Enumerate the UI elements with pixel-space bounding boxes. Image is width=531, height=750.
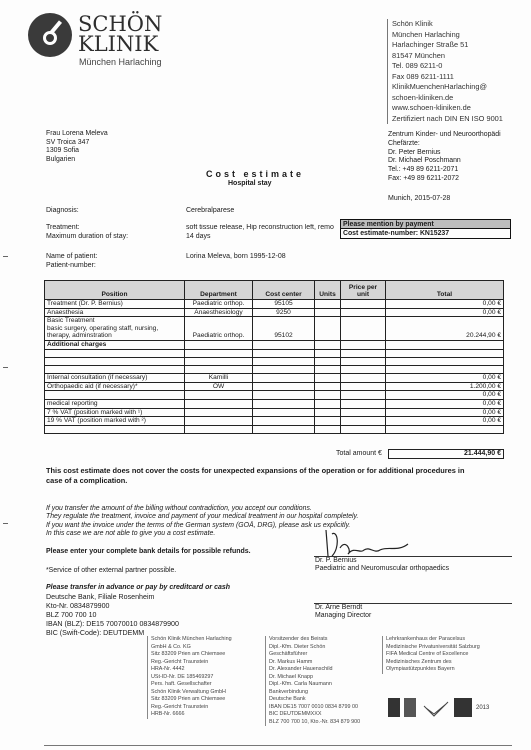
department-line: Dr. Michael Poschmann	[388, 157, 501, 166]
cell-position	[45, 357, 185, 365]
diagnosis-label: Diagnosis:	[46, 207, 79, 216]
terms-line: They regulate the treatment, invoice and…	[46, 513, 376, 521]
cell-cost-center	[253, 357, 315, 365]
column-header: Total	[386, 281, 504, 300]
table-row	[45, 425, 504, 433]
footer-line: BIC DEUTDEMMXXX	[269, 711, 360, 719]
column-header: Units	[315, 281, 341, 300]
cell-position: Anaesthesia	[45, 308, 185, 317]
brand-name-line1: SCHÖN	[78, 14, 162, 34]
cell-cost-center	[253, 382, 315, 391]
recipient-line: Frau Lorena Meleva	[46, 130, 108, 139]
bank-details: Deutsche Bank, Filiale RosenheimKto-Nr. …	[46, 593, 179, 638]
cell-price	[341, 399, 386, 408]
cell-price	[341, 374, 386, 383]
table-row: Internal consultation (if necessary)Kami…	[45, 374, 504, 383]
duration-label: Maximum duration of stay:	[46, 233, 128, 242]
footer-line: Sitz 83209 Prien am Chiemsee	[151, 696, 232, 704]
brand-name-line2: KLINIK	[78, 34, 158, 54]
director-title: Managing Director	[315, 612, 371, 620]
table-row: Orthopaedic aid (if necessary)*OW1.200,0…	[45, 382, 504, 391]
footer-line: Pers. haft. Gesellschafter	[151, 681, 232, 689]
total-amount-label: Total amount €	[336, 450, 382, 457]
cell-department	[185, 399, 253, 408]
badge-icon-2	[404, 698, 416, 717]
table-row: medical reporting0,00 €	[45, 399, 504, 408]
table-row: 7 % VAT (position marked with ¹)0,00 €	[45, 408, 504, 417]
footer-line: Dipl.-Kfm. Dieter Schön	[269, 644, 360, 652]
cell-total: 0,00 €	[386, 300, 504, 309]
cell-position: Additional charges	[45, 340, 185, 349]
footer-line: Bankverbindung	[269, 689, 360, 697]
fold-mark	[3, 256, 8, 257]
duration-value: 14 days	[186, 233, 211, 242]
table-row: 0,00 €	[45, 391, 504, 400]
table-header-row: PositionDepartmentCost centerUnitsPrice …	[45, 281, 504, 300]
bottom-rule	[44, 745, 512, 746]
cell-department	[185, 340, 253, 349]
cell-units	[315, 340, 341, 349]
cell-units	[315, 308, 341, 317]
address-line: Schön Klinik	[392, 19, 503, 30]
cell-price	[341, 357, 386, 365]
footer-line: Dipl.-Kfm. Carla Naumann	[269, 681, 360, 689]
cell-price	[341, 408, 386, 417]
cell-total: 0,00 €	[386, 374, 504, 383]
cell-units	[315, 357, 341, 365]
department-line: Dr. Peter Bernius	[388, 149, 501, 158]
cell-department	[185, 408, 253, 417]
address-line: Harlachinger Straße 51	[392, 40, 503, 51]
cell-position: medical reporting	[45, 399, 185, 408]
fold-mark	[3, 523, 8, 524]
cell-cost-center	[253, 399, 315, 408]
document-date: Munich, 2015-07-28	[388, 195, 450, 202]
column-header: Price per unit	[341, 281, 386, 300]
cell-department	[185, 357, 253, 365]
cell-position: 7 % VAT (position marked with ¹)	[45, 408, 185, 417]
cell-department	[185, 365, 253, 373]
cell-units	[315, 374, 341, 383]
cell-total: 0,00 €	[386, 308, 504, 317]
fold-mark	[3, 367, 8, 368]
footer-line: Sitz 83209 Prien am Chiemsee	[151, 651, 232, 659]
doctor-name: Dr. P. Bernius	[315, 557, 449, 565]
cell-price	[341, 391, 386, 400]
brand-location: München Harlaching	[79, 57, 162, 67]
sender-address: Schön KlinikMünchen HarlachingHarlaching…	[387, 19, 503, 124]
footer-line: Medizinisches Zentrum des	[386, 659, 480, 667]
cell-position	[45, 365, 185, 373]
footer-line: Schön Klinik München Harlaching	[151, 636, 232, 644]
payment-notice-line1: Please mention by payment	[341, 220, 510, 229]
cell-price	[341, 365, 386, 373]
logo-ring	[43, 31, 57, 45]
footer-line: Geschäftsführer	[269, 651, 360, 659]
cell-cost-center	[253, 349, 315, 357]
bank-line: Kto-Nr. 0834879900	[46, 602, 179, 611]
patient-name-value: Lorina Meleva, born 1995-12-08	[186, 253, 286, 262]
cell-department: Kamilli	[185, 374, 253, 383]
footer-line: IBAN DE15 7007 0010 0834 8799 00	[269, 704, 360, 712]
bank-line: Deutsche Bank, Filiale Rosenheim	[46, 593, 179, 602]
cell-price	[341, 308, 386, 317]
address-line: Zertifiziert nach DIN EN ISO 9001	[392, 114, 503, 125]
cell-units	[315, 408, 341, 417]
cell-department	[185, 425, 253, 433]
department-line: Tel.: +49 89 6211-2071	[388, 166, 501, 175]
footer-accreditation-info: Lehrkrankenhaus der ParacelsusMedizinisc…	[382, 636, 480, 674]
table-row	[45, 365, 504, 373]
cell-price	[341, 300, 386, 309]
footer-line: Reg.-Gericht Traunstein	[151, 659, 232, 667]
patient-number-label: Patient-number:	[46, 262, 96, 271]
treatment-value: soft tissue release, Hip reconstruction …	[186, 224, 340, 233]
table-row	[45, 357, 504, 365]
doctor-signature-block: Dr. P. Bernius Paediatric and Neuromuscu…	[315, 557, 449, 574]
terms-line: If you transfer the amount of the billin…	[46, 505, 376, 513]
cell-department	[185, 391, 253, 400]
footer-line: Reg.-Gericht Traunstein	[151, 704, 232, 712]
payment-notice-box: Please mention by payment Cost estimate-…	[340, 219, 511, 239]
cost-estimate-number: Cost estimate-number: KN15237	[341, 229, 510, 238]
department-line: Chefärzte:	[388, 140, 501, 149]
director-signature-block: Dr. Arne Berndt Managing Director	[315, 604, 371, 621]
signature-scribble	[318, 528, 418, 558]
department-line: Fax: +49 89 6211-2072	[388, 175, 501, 184]
cell-cost-center	[253, 374, 315, 383]
footer-line: Vorsitzender des Beirats	[269, 636, 360, 644]
cell-department: Paediatric orthop.	[185, 317, 253, 341]
table-row: Basic Treatmentbasic surgery, operating …	[45, 317, 504, 341]
badge-year: 2013	[476, 705, 489, 711]
recipient-address: Frau Lorena MelevaSV Troica 3471309 Sofi…	[46, 130, 108, 164]
footer-line: USt-ID-Nr. DE 185469297	[151, 674, 232, 682]
address-line: schoen-kliniken.de	[392, 93, 503, 104]
recipient-line: Bulgarien	[46, 156, 108, 165]
cell-price	[341, 417, 386, 426]
footer-line: HRA-Nr. 4442	[151, 666, 232, 674]
treatment-label: Treatment:	[46, 224, 80, 233]
department-info: Zentrum Kinder- und NeuroorthopädiChefär…	[388, 131, 501, 184]
cell-total: 0,00 €	[386, 408, 504, 417]
document-subtitle: Hospital stay	[228, 180, 272, 187]
address-line: Fax 089 6211-1111	[392, 72, 503, 83]
column-header: Department	[185, 281, 253, 300]
cell-cost-center: 95105	[253, 300, 315, 309]
address-line: 81547 München	[392, 51, 503, 62]
patient-name-label: Name of patient:	[46, 253, 97, 262]
cell-price	[341, 425, 386, 433]
badge-icon-1	[388, 698, 400, 717]
footer-line: Dr. Alexander Hauenschild	[269, 666, 360, 674]
cell-units	[315, 399, 341, 408]
footer-line: BLZ 700 700 10, Kto.-Nr. 834 879 900	[269, 719, 360, 727]
cell-position	[45, 425, 185, 433]
certification-badges: 2013	[388, 698, 489, 717]
department-line: Zentrum Kinder- und Neuroorthopädi	[388, 131, 501, 140]
cost-table: PositionDepartmentCost centerUnitsPrice …	[44, 280, 504, 434]
cell-total: 0,00 €	[386, 391, 504, 400]
table-row: Additional charges	[45, 340, 504, 349]
footer-line: HRB-Nr. 6666	[151, 711, 232, 719]
cell-cost-center	[253, 425, 315, 433]
table-row: 19 % VAT (position marked with ²)0,00 €	[45, 417, 504, 426]
document-title: Cost estimate	[206, 169, 304, 179]
cell-units	[315, 382, 341, 391]
payment-heading: Please transfer in advance or pay by cre…	[46, 584, 230, 591]
footer-line: Schön Klinik Verwaltung GmbH	[151, 689, 232, 697]
cell-units	[315, 417, 341, 426]
footer-company-info: Schön Klinik München HarlachingGmbH & Co…	[147, 636, 232, 719]
cell-department: Anaesthesiology	[185, 308, 253, 317]
cell-cost-center	[253, 391, 315, 400]
cell-units	[315, 425, 341, 433]
footer-line: Medizinische Privatuniversität Salzburg	[386, 644, 480, 652]
bank-line: IBAN (BLZ): DE15 70070010 0834879900	[46, 620, 179, 629]
cell-units	[315, 349, 341, 357]
olympia-badge-icon	[420, 698, 450, 717]
footer-line: Deutsche Bank	[269, 696, 360, 704]
footer-line: Dr. Markus Hamm	[269, 659, 360, 667]
cell-department	[185, 417, 253, 426]
total-amount-value: 21.444,90 €	[388, 449, 504, 459]
cell-units	[315, 391, 341, 400]
footer-line: Lehrkrankenhaus der Paracelsus	[386, 636, 480, 644]
cell-total	[386, 357, 504, 365]
cell-total	[386, 365, 504, 373]
cell-units	[315, 300, 341, 309]
doctor-title: Paediatric and Neuromuscular orthopaedic…	[315, 565, 449, 573]
cell-department	[185, 349, 253, 357]
column-header: Cost center	[253, 281, 315, 300]
column-header: Position	[45, 281, 185, 300]
cell-position: Treatment (Dr. P. Bernius)	[45, 300, 185, 309]
cell-units	[315, 365, 341, 373]
recipient-line: 1309 Sofia	[46, 147, 108, 156]
cell-price	[341, 340, 386, 349]
cell-cost-center	[253, 417, 315, 426]
cell-price	[341, 317, 386, 341]
table-row	[45, 349, 504, 357]
cell-total	[386, 340, 504, 349]
table-row: Treatment (Dr. P. Bernius)Paediatric ort…	[45, 300, 504, 309]
bank-details-prompt: Please enter your complete bank details …	[46, 548, 251, 555]
table-row: AnaesthesiaAnaesthesiology92500,00 €	[45, 308, 504, 317]
footer-management-info: Vorsitzender des BeiratsDipl.-Kfm. Diete…	[265, 636, 360, 726]
cell-department: Paediatric orthop.	[185, 300, 253, 309]
cell-cost-center	[253, 365, 315, 373]
cell-total: 1.200,00 €	[386, 382, 504, 391]
footer-line: Dr. Michael Knapp	[269, 674, 360, 682]
address-line: KlinikMuenchenHarlaching@	[392, 82, 503, 93]
cell-cost-center: 95102	[253, 317, 315, 341]
cell-units	[315, 317, 341, 341]
cell-position: Internal consultation (if necessary)	[45, 374, 185, 383]
cell-total	[386, 349, 504, 357]
cell-cost-center: 9250	[253, 308, 315, 317]
cell-total: 0,00 €	[386, 417, 504, 426]
service-note: *Service of other external partner possi…	[46, 567, 176, 574]
address-line: www.schoen-kliniken.de	[392, 103, 503, 114]
cell-position	[45, 349, 185, 357]
cell-total: 20.244,90 €	[386, 317, 504, 341]
diagnosis-value: Cerebralparese	[186, 207, 234, 216]
footer-line: FIFA Medical Centre of Excellence	[386, 651, 480, 659]
footer-line: Olympiastützpunktes Bayern	[386, 666, 480, 674]
cell-price	[341, 382, 386, 391]
cell-cost-center	[253, 408, 315, 417]
cell-total: 0,00 €	[386, 399, 504, 408]
recipient-line: SV Troica 347	[46, 139, 108, 148]
cell-total	[386, 425, 504, 433]
address-line: München Harlaching	[392, 30, 503, 41]
director-name: Dr. Arne Berndt	[315, 604, 371, 612]
bank-line: BLZ 700 700 10	[46, 611, 179, 620]
cell-price	[341, 349, 386, 357]
address-line: Tel. 089 6211-0	[392, 61, 503, 72]
cell-position: 19 % VAT (position marked with ²)	[45, 417, 185, 426]
disclaimer-text: This cost estimate does not cover the co…	[46, 466, 476, 486]
cell-department: OW	[185, 382, 253, 391]
cell-position	[45, 391, 185, 400]
cell-position: Orthopaedic aid (if necessary)*	[45, 382, 185, 391]
cell-position: Basic Treatmentbasic surgery, operating …	[45, 317, 185, 341]
footer-line: GmbH & Co. KG	[151, 644, 232, 652]
cell-cost-center	[253, 340, 315, 349]
great-place-badge-icon	[454, 698, 472, 717]
